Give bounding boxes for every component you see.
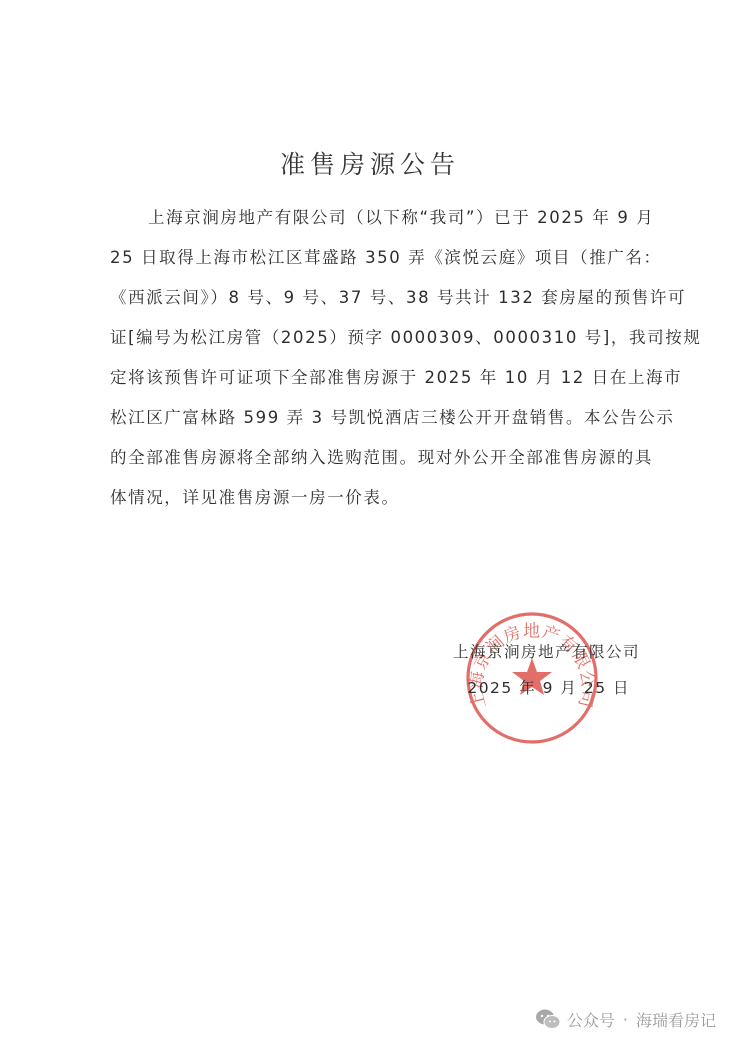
wechat-icon	[535, 1008, 561, 1030]
paragraph-line: 松江区广富林路 599 弄 3 号凯悦酒店三楼公开开盘销售。本公告公示	[110, 398, 640, 438]
paragraph-line: 的全部准售房源将全部纳入选购范围。现对外公开全部准售房源的具	[110, 438, 640, 478]
paragraph-line: 上海京涧房地产有限公司（以下称“我司”）已于 2025 年 9 月	[110, 198, 640, 238]
footer-account-name: 海瑞看房记	[636, 1008, 716, 1031]
paragraph-line: 《西派云间》）8 号、9 号、37 号、38 号共计 132 套房屋的预售许可	[110, 278, 640, 318]
signature-block: 上海京涧房地产有限公司 2025 年 9 月 25 日	[440, 636, 640, 708]
paragraph-line: 定将该预售许可证项下全部准售房源于 2025 年 10 月 12 日在上海市	[110, 358, 640, 398]
footer-label: 公众号	[567, 1008, 615, 1031]
paragraph-line: 体情况，详见准售房源一房一价表。	[110, 478, 640, 518]
wechat-watermark: 公众号 · 海瑞看房记	[535, 1004, 716, 1034]
footer-separator: ·	[623, 1010, 628, 1029]
signature-date: 2025 年 9 月 25 日	[440, 668, 640, 708]
announcement-body: 上海京涧房地产有限公司（以下称“我司”）已于 2025 年 9 月 25 日取得…	[110, 198, 640, 518]
paragraph-line: 证[编号为松江房管（2025）预字 0000309、0000310 号]，我司按…	[110, 318, 640, 358]
document-title: 准售房源公告	[0, 145, 740, 181]
paragraph-line: 25 日取得上海市松江区茸盛路 350 弄《滨悦云庭》项目（推广名：	[110, 238, 640, 278]
signature-company: 上海京涧房地产有限公司	[440, 636, 640, 668]
